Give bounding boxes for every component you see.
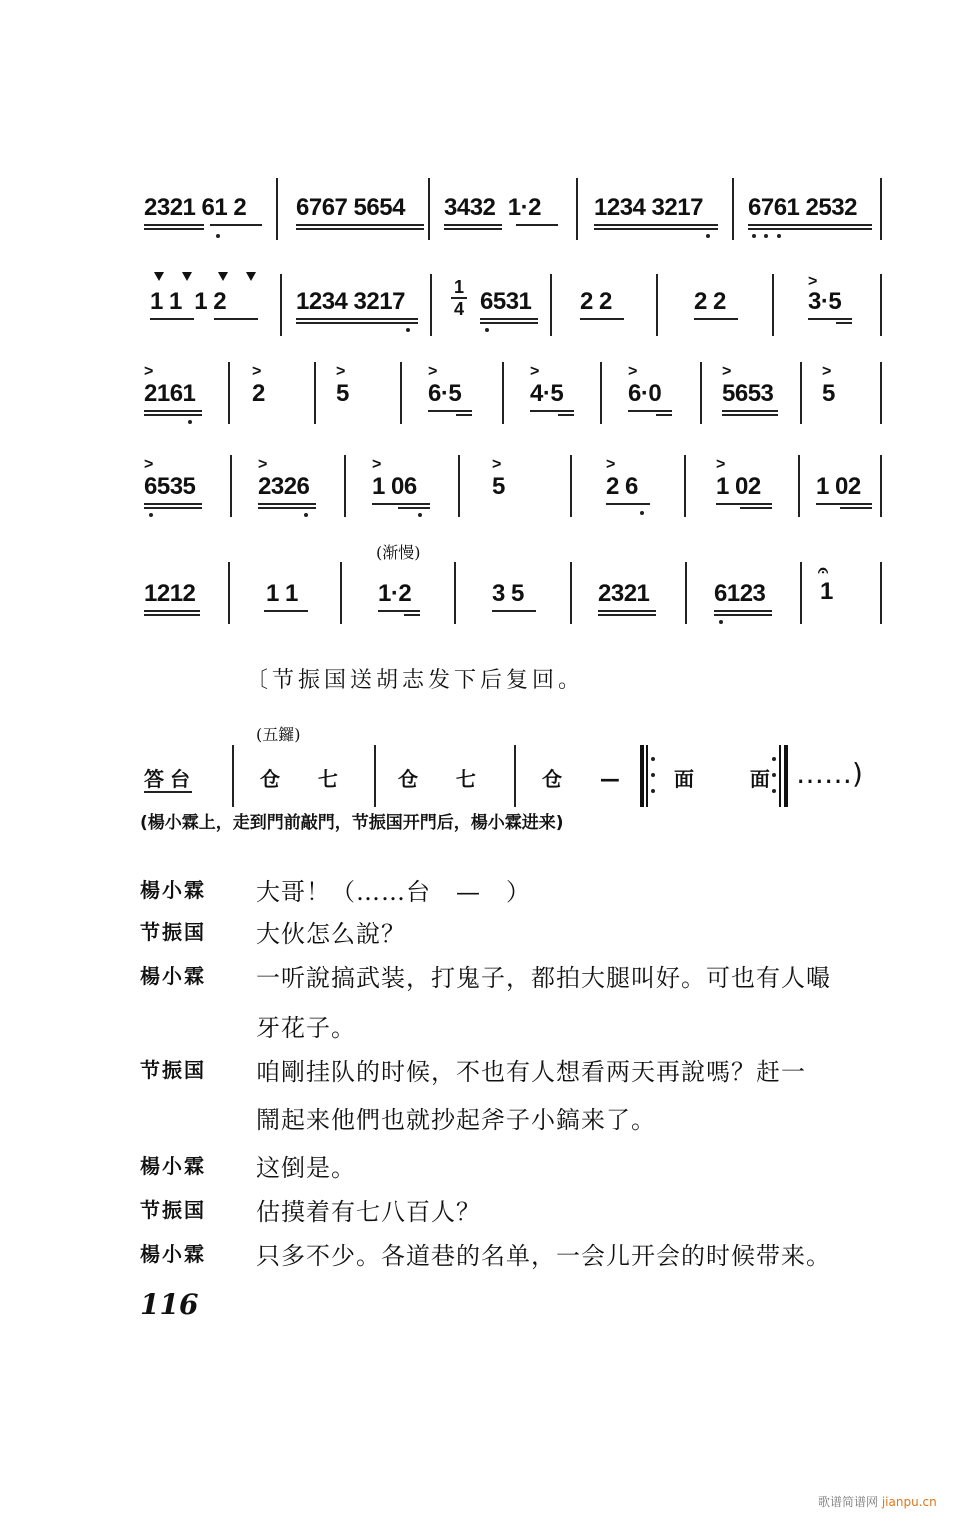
barline	[656, 274, 658, 336]
beam	[516, 224, 558, 226]
barline	[880, 455, 882, 517]
dialogue-text: 估摸着有七八百人？	[256, 1192, 481, 1227]
repeat-dot	[772, 773, 776, 777]
low-octave-dot	[719, 620, 723, 624]
dialogue-text-cont: 牙花子。	[256, 1008, 356, 1043]
accent-mark: >	[716, 457, 725, 473]
measure-notes: 3 5	[492, 580, 524, 608]
low-octave-dot	[764, 234, 768, 238]
beam	[210, 224, 262, 226]
low-octave-dot	[706, 234, 710, 238]
measure-notes: 1 02	[816, 473, 861, 501]
measure-notes: 1212	[144, 580, 195, 608]
beam	[296, 318, 418, 320]
barline	[570, 455, 572, 517]
accent-mark: >	[722, 364, 731, 380]
time-sig-num: 1	[451, 278, 467, 296]
measure-notes: 2 6	[606, 473, 638, 501]
beam	[714, 614, 772, 616]
beam	[372, 503, 430, 505]
barline	[880, 362, 882, 424]
barline	[880, 274, 882, 336]
speaker-name: 节振国	[140, 1194, 206, 1223]
percussion-tail: ……)	[796, 757, 863, 790]
percussion-lead: 答台	[144, 763, 196, 792]
percussion-measure: 面 面	[674, 763, 784, 792]
beam	[598, 614, 656, 616]
barline	[570, 562, 572, 624]
beam	[144, 791, 192, 793]
dialogue-text: 只多不少。各道巷的名单，一会儿开会的时候带来。	[256, 1236, 831, 1271]
beam	[144, 610, 200, 612]
accent-mark: >	[822, 364, 831, 380]
beam	[296, 322, 418, 324]
beam	[296, 228, 424, 230]
measure-notes: 4·5	[530, 380, 563, 408]
beam	[748, 228, 872, 230]
dialogue-text: 大哥！（……台 — ）	[256, 872, 531, 907]
measure-notes: 1 1 1 2	[150, 288, 226, 316]
beam	[816, 503, 872, 505]
accent-mark: >	[336, 364, 345, 380]
measure-notes: 2321	[598, 580, 649, 608]
measure-notes: 6·0	[628, 380, 661, 408]
beam	[480, 318, 538, 320]
barline	[454, 562, 456, 624]
measure-notes: 6·5	[428, 380, 461, 408]
time-sig-den: 4	[451, 300, 467, 318]
stage-direction: 〔节振国送胡志发下后复回。	[246, 663, 584, 694]
staccato-mark	[246, 272, 256, 281]
beam	[144, 614, 200, 616]
page-number: 116	[140, 1288, 198, 1321]
barline	[880, 562, 882, 624]
measure-notes: 1234 3217	[296, 288, 405, 316]
accent-mark: >	[258, 457, 267, 473]
barline	[400, 362, 402, 424]
dialogue-text: 这倒是。	[256, 1148, 356, 1183]
low-octave-dot	[216, 234, 220, 238]
score-row-2: 1 1 1 2 1234 3217 14 6531 2 2 2 2 > 3·5	[140, 270, 885, 340]
measure-notes: 1 06	[372, 473, 417, 501]
accent-mark: >	[372, 457, 381, 473]
score-row-5: 1212 1 1 1·2 3 5 2321 6123 𝄐 1	[140, 562, 885, 632]
measure-notes: 5	[336, 380, 349, 408]
barline	[880, 178, 882, 240]
beam	[480, 322, 538, 324]
beam	[144, 414, 202, 416]
measure-notes: 1·2	[378, 580, 411, 608]
beam	[656, 414, 672, 416]
score-row-1: 2321 61 2 6767 5654 3432 1·2 1234 3217 6…	[140, 178, 885, 248]
beam	[530, 410, 574, 412]
beam	[840, 507, 872, 509]
percussion-measure: 仓 七	[260, 763, 346, 792]
repeat-dot	[772, 757, 776, 761]
beam	[144, 410, 202, 412]
beam	[144, 507, 202, 509]
accent-mark: >	[428, 364, 437, 380]
beam	[258, 503, 316, 505]
barline	[514, 745, 516, 807]
beam	[716, 503, 772, 505]
repeat-thick-line	[640, 745, 644, 807]
beam	[444, 224, 502, 226]
measure-notes: 6767 5654	[296, 194, 405, 222]
measure-notes: 1234 3217	[594, 194, 703, 222]
accent-mark: >	[530, 364, 539, 380]
barline	[228, 562, 230, 624]
measure-notes: 1	[820, 578, 833, 606]
beam	[722, 414, 778, 416]
barline	[458, 455, 460, 517]
percussion-label: (五鑼)	[256, 722, 301, 745]
beam	[628, 410, 672, 412]
beam	[258, 507, 316, 509]
repeat-dot	[651, 789, 655, 793]
barline	[344, 455, 346, 517]
beam	[144, 224, 204, 226]
staccato-mark	[182, 272, 192, 281]
beam	[558, 414, 574, 416]
repeat-thin-line	[779, 745, 781, 807]
beam	[748, 224, 872, 226]
barline	[772, 274, 774, 336]
barline	[430, 274, 432, 336]
beam	[428, 410, 472, 412]
beam	[694, 318, 738, 320]
beam	[808, 318, 852, 320]
dialogue-text: 一听說搞武装，打鬼子，都拍大腿叫好。可也有人嘬	[256, 958, 831, 993]
percussion-measure: 仓 —	[542, 763, 628, 792]
accent-mark: >	[628, 364, 637, 380]
measure-notes: 2	[252, 380, 265, 408]
beam	[404, 614, 420, 616]
barline	[732, 178, 734, 240]
low-octave-dot	[304, 513, 308, 517]
speaker-name: 节振国	[140, 1054, 206, 1083]
score-row-4: > 6535 > 2326 > 1 06 > 5 > 2 6 > 1 02 1 …	[140, 455, 885, 525]
beam	[456, 414, 472, 416]
measure-notes: 5	[492, 473, 505, 501]
barline	[280, 274, 282, 336]
low-octave-dot	[406, 328, 410, 332]
staccato-mark	[154, 272, 164, 281]
measure-notes: 1 1	[266, 580, 298, 608]
barline	[228, 362, 230, 424]
speaker-name: 楊小霖	[140, 960, 206, 989]
repeat-dot	[651, 757, 655, 761]
low-octave-dot	[485, 328, 489, 332]
speaker-name: 节振国	[140, 916, 206, 945]
barline	[314, 362, 316, 424]
watermark-text: 歌谱简谱网	[818, 1495, 878, 1509]
barline	[374, 745, 376, 807]
beam	[594, 224, 718, 226]
beam	[398, 507, 430, 509]
watermark-url: jianpu.cn	[882, 1495, 937, 1509]
barline	[502, 362, 504, 424]
measure-notes: 6123	[714, 580, 765, 608]
accent-mark: >	[144, 457, 153, 473]
tempo-mark: (渐慢)	[376, 540, 421, 563]
barline	[800, 362, 802, 424]
measure-notes: 6531	[480, 288, 531, 316]
speaker-name: 楊小霖	[140, 874, 206, 903]
beam	[144, 228, 204, 230]
dialogue-text: 大伙怎么說？	[256, 914, 406, 949]
low-octave-dot	[640, 511, 644, 515]
measure-notes: 6761 2532	[748, 194, 857, 222]
beam	[214, 318, 258, 320]
barline	[600, 362, 602, 424]
low-octave-dot	[752, 234, 756, 238]
score-row-3: > 2161 > 2 > 5 > 6·5 > 4·5 > 6·0 > 5653 …	[140, 362, 885, 432]
repeat-thin-line	[646, 745, 648, 807]
barline	[800, 562, 802, 624]
barline	[230, 455, 232, 517]
measure-notes: 5653	[722, 380, 773, 408]
stage-direction: (楊小霖上，走到門前敲門，节振国开門后，楊小霖进来)	[140, 808, 564, 833]
measure-notes: 3432 1·2	[444, 194, 541, 222]
measure-notes: 6535	[144, 473, 195, 501]
dialogue-text-cont: 鬧起来他們也就抄起斧子小鎬来了。	[256, 1100, 656, 1135]
repeat-thick-line	[784, 745, 788, 807]
beam	[606, 503, 650, 505]
beam	[714, 610, 772, 612]
measure-notes: 5	[822, 380, 835, 408]
watermark: 歌谱简谱网 jianpu.cn	[818, 1493, 937, 1510]
accent-mark: >	[606, 457, 615, 473]
barline	[276, 178, 278, 240]
barline	[685, 562, 687, 624]
beam	[836, 322, 852, 324]
staccato-mark	[218, 272, 228, 281]
beam	[296, 224, 424, 226]
accent-mark: >	[492, 457, 501, 473]
barline	[428, 178, 430, 240]
beam	[444, 228, 502, 230]
low-octave-dot	[149, 513, 153, 517]
accent-mark: >	[252, 364, 261, 380]
beam	[492, 610, 536, 612]
time-signature: 14	[451, 278, 467, 318]
beam	[594, 228, 718, 230]
low-octave-dot	[418, 513, 422, 517]
percussion-measure: 仓 七	[398, 763, 484, 792]
barline	[576, 178, 578, 240]
repeat-dot	[651, 773, 655, 777]
percussion-row: 答台 仓 七 仓 七 仓 — 面 面 ……)	[140, 745, 900, 807]
beam	[378, 610, 420, 612]
measure-notes: 3·5	[808, 288, 841, 316]
beam	[722, 410, 778, 412]
beam	[144, 503, 202, 505]
low-octave-dot	[777, 234, 781, 238]
barline	[700, 362, 702, 424]
repeat-dot	[772, 789, 776, 793]
speaker-name: 楊小霖	[140, 1150, 206, 1179]
measure-notes: 2 2	[694, 288, 726, 316]
accent-mark: >	[144, 364, 153, 380]
barline	[232, 745, 234, 807]
speaker-name: 楊小霖	[140, 1238, 206, 1267]
beam	[598, 610, 656, 612]
dialogue-text: 咱剛挂队的时候，不也有人想看两天再說嗎？赶一	[256, 1052, 806, 1087]
barline	[798, 455, 800, 517]
measure-notes: 2326	[258, 473, 309, 501]
barline	[550, 274, 552, 336]
measure-notes: 2321 61 2	[144, 194, 246, 222]
beam	[740, 507, 772, 509]
low-octave-dot	[188, 420, 192, 424]
beam	[580, 318, 624, 320]
barline	[340, 562, 342, 624]
barline	[684, 455, 686, 517]
measure-notes: 1 02	[716, 473, 761, 501]
measure-notes: 2161	[144, 380, 195, 408]
measure-notes: 2 2	[580, 288, 612, 316]
beam	[150, 318, 194, 320]
beam	[264, 610, 308, 612]
